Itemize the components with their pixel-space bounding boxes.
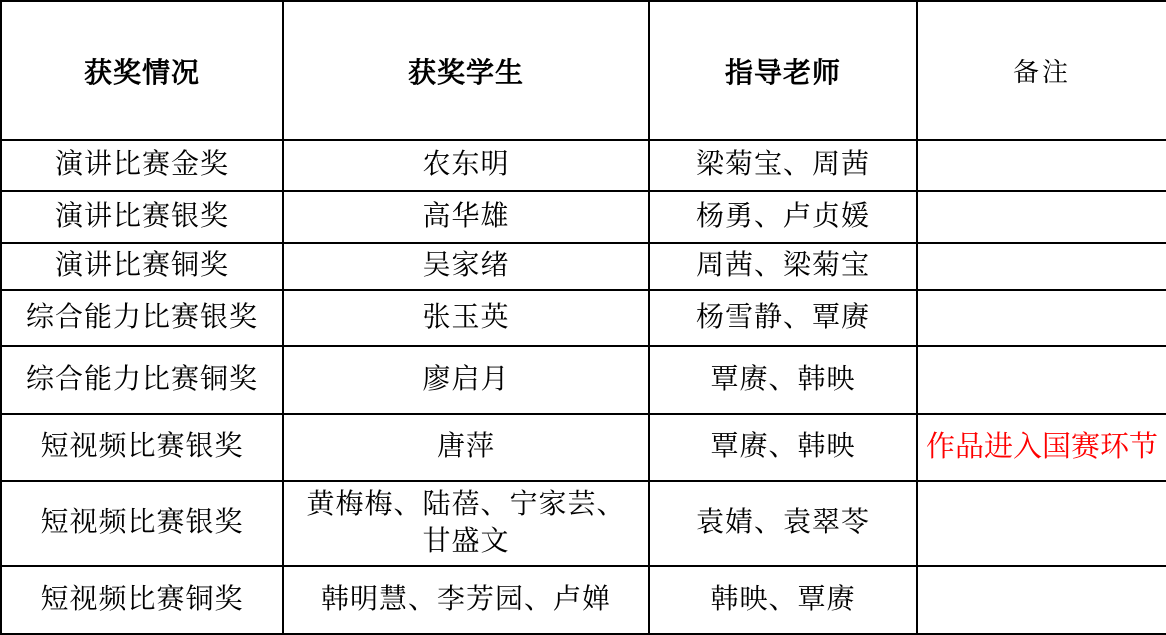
remark-cell [917, 243, 1166, 290]
table-row: 综合能力比赛银奖 张玉英 杨雪静、覃赓 [1, 290, 1166, 346]
teachers-cell: 覃赓、韩映 [649, 346, 917, 414]
remark-cell [917, 191, 1166, 243]
award-cell: 综合能力比赛银奖 [1, 290, 283, 346]
remark-cell [917, 481, 1166, 566]
col-header-teachers: 指导老师 [649, 1, 917, 140]
teachers-cell: 韩映、覃赓 [649, 566, 917, 634]
award-cell: 演讲比赛金奖 [1, 140, 283, 191]
table-row: 短视频比赛铜奖 韩明慧、李芳园、卢婵 韩映、覃赓 [1, 566, 1166, 634]
teachers-cell: 袁婧、袁翠苓 [649, 481, 917, 566]
teachers-cell: 梁菊宝、周茜 [649, 140, 917, 191]
teachers-cell: 覃赓、韩映 [649, 414, 917, 481]
table-row: 短视频比赛银奖 黄梅梅、陆蓓、宁家芸、 甘盛文 袁婧、袁翠苓 [1, 481, 1166, 566]
students-cell: 韩明慧、李芳园、卢婵 [283, 566, 649, 634]
award-cell: 综合能力比赛铜奖 [1, 346, 283, 414]
students-cell: 吴家绪 [283, 243, 649, 290]
table-row: 演讲比赛铜奖 吴家绪 周茜、梁菊宝 [1, 243, 1166, 290]
document-page: 获奖情况 获奖学生 指导老师 备注 演讲比赛金奖 农东明 梁菊宝、周茜 演讲比赛… [0, 0, 1166, 635]
table-row: 演讲比赛金奖 农东明 梁菊宝、周茜 [1, 140, 1166, 191]
remark-cell [917, 566, 1166, 634]
col-header-award-status: 获奖情况 [1, 1, 283, 140]
award-cell: 演讲比赛铜奖 [1, 243, 283, 290]
students-cell: 廖启月 [283, 346, 649, 414]
table-row: 综合能力比赛铜奖 廖启月 覃赓、韩映 [1, 346, 1166, 414]
teachers-cell: 周茜、梁菊宝 [649, 243, 917, 290]
table-row: 演讲比赛银奖 高华雄 杨勇、卢贞媛 [1, 191, 1166, 243]
award-cell: 短视频比赛银奖 [1, 414, 283, 481]
col-header-students: 获奖学生 [283, 1, 649, 140]
students-cell: 高华雄 [283, 191, 649, 243]
students-cell: 黄梅梅、陆蓓、宁家芸、 甘盛文 [283, 481, 649, 566]
award-cell: 演讲比赛银奖 [1, 191, 283, 243]
award-cell: 短视频比赛铜奖 [1, 566, 283, 634]
remark-cell [917, 290, 1166, 346]
teachers-cell: 杨雪静、覃赓 [649, 290, 917, 346]
award-cell: 短视频比赛银奖 [1, 481, 283, 566]
students-cell: 唐萍 [283, 414, 649, 481]
col-header-remark: 备注 [917, 1, 1166, 140]
table-row: 短视频比赛银奖 唐萍 覃赓、韩映 作品进入国赛环节 [1, 414, 1166, 481]
remark-cell-highlighted: 作品进入国赛环节 [917, 414, 1166, 481]
awards-table: 获奖情况 获奖学生 指导老师 备注 演讲比赛金奖 农东明 梁菊宝、周茜 演讲比赛… [0, 0, 1166, 635]
students-cell: 张玉英 [283, 290, 649, 346]
remark-cell [917, 140, 1166, 191]
table-header-row: 获奖情况 获奖学生 指导老师 备注 [1, 1, 1166, 140]
students-cell: 农东明 [283, 140, 649, 191]
teachers-cell: 杨勇、卢贞媛 [649, 191, 917, 243]
remark-cell [917, 346, 1166, 414]
